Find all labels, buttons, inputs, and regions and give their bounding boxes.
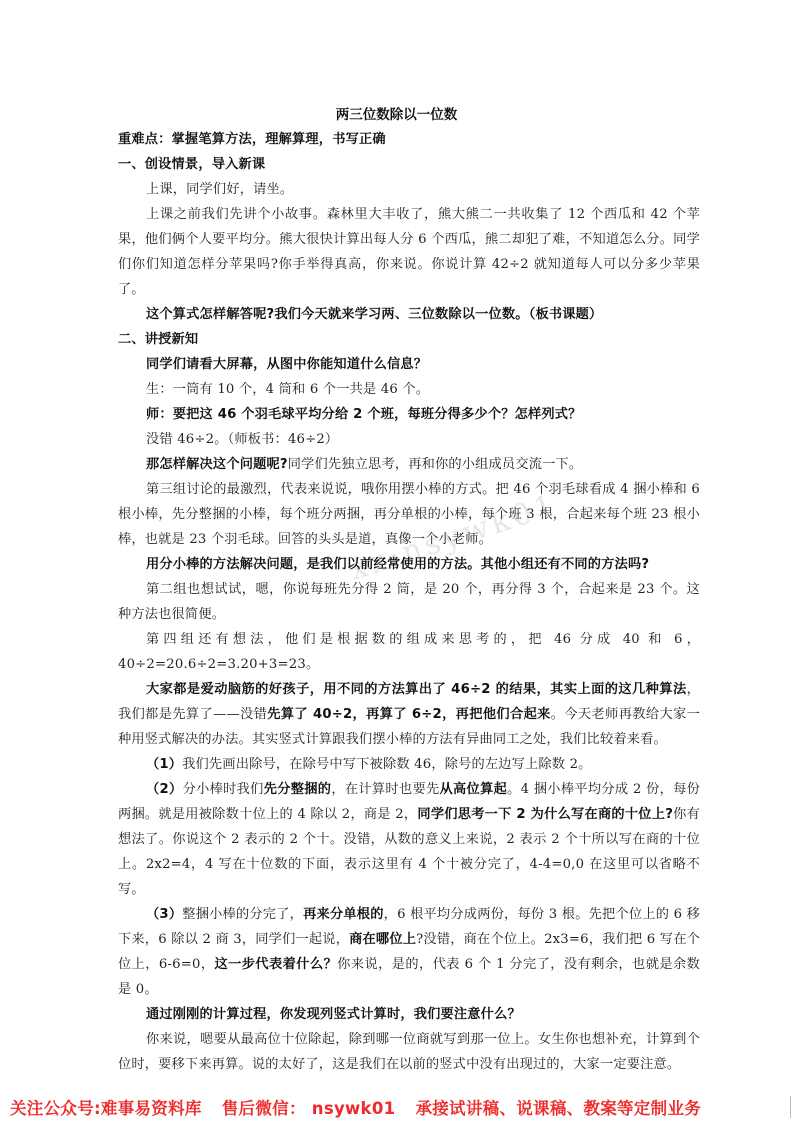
key-points: 重难点：掌握笔算方法，理解算理，书写正确 (118, 127, 700, 152)
section-2-heading: 二、讲授新知 (118, 327, 700, 352)
bold-text: 大家都是爱动脑筋的好孩子，用不同的方法算出了 46÷2 的结果，其实上面的这几种… (146, 682, 687, 697)
footer-after-sales: 售后微信： nsywk01 (222, 1099, 396, 1118)
paragraph: 那怎样解决这个问题呢?同学们先独立思考，再和你的小组成员交流一下。 (118, 452, 700, 477)
teacher-question: 通过刚刚的计算过程，你发现列竖式计算时，我们要注意什么？ (118, 1002, 700, 1027)
paragraph: 第四组还有想法，他们是根据数的组成来思考的，把 46 分成 40 和 6，40÷… (118, 627, 700, 677)
text: 分小棒时我们 (183, 782, 264, 797)
page-edge-divider (790, 1096, 791, 1118)
paragraph: 大家都是爱动脑筋的好孩子，用不同的方法算出了 46÷2 的结果，其实上面的这几种… (118, 677, 700, 752)
step-label: （2） (146, 782, 183, 797)
document-body: 重难点：掌握笔算方法，理解算理，书写正确 一、创设情景，导入新课 上课，同学们好… (118, 127, 700, 1077)
bold-text: 这一步代表着什么？ (214, 957, 337, 972)
bold-text: 从高位算起 (440, 782, 508, 797)
text: 同学们先独立思考，再和你的小组成员交流一下。 (288, 457, 583, 472)
document-title: 两三位数除以一位数 (0, 103, 793, 123)
section-1-heading: 一、创设情景，导入新课 (118, 152, 700, 177)
bold-text: 先算了 40÷2，再算了 6÷2，再把他们合起来 (267, 707, 551, 722)
student-answer: 生：一筒有 10 个，4 筒和 6 个一共是 46 个。 (118, 377, 700, 402)
teacher-question: 师：要把这 46 个羽毛球平均分给 2 个班，每班分得多少个？怎样列式？ (118, 402, 700, 427)
bold-text: 同学们思考一下 2 为什么写在商的十位上? (417, 807, 673, 822)
step-2: （2）分小棒时我们先分整捆的，在计算时也要先从高位算起。4 捆小棒平均分成 2 … (118, 777, 700, 902)
footer-banner: 关注公众号:难事易资料库 售后微信： nsywk01 承接试讲稿、说课稿、教案等… (10, 1095, 785, 1119)
paragraph: 上课之前我们先讲个小故事。森林里大丰收了，熊大熊二一共收集了 12 个西瓜和 4… (118, 202, 700, 302)
paragraph: 你来说，嗯要从最高位十位除起，除到哪一位商就写到那一位上。女生你也想补充，计算到… (118, 1027, 700, 1077)
paragraph: 上课，同学们好，请坐。 (118, 177, 700, 202)
bold-text: 那怎样解决这个问题呢? (146, 457, 288, 472)
step-1: （1）我们先画出除号，在除号中写下被除数 46，除号的左边写上除数 2。 (118, 752, 700, 777)
paragraph: 第二组也想试试，嗯，你说每班先分得 2 筒，是 20 个，再分得 3 个，合起来… (118, 577, 700, 627)
bold-text: 先分整捆的 (264, 782, 332, 797)
footer-public-account: 关注公众号:难事易资料库 (10, 1099, 202, 1118)
step-3: （3）整捆小棒的分完了，再来分单根的，6 根平均分成两份，每份 3 根。先把个位… (118, 902, 700, 1002)
step-label: （1） (146, 757, 182, 772)
text: 我们先画出除号，在除号中写下被除数 46，除号的左边写上除数 2。 (182, 757, 591, 772)
teacher-question: 同学们请看大屏幕，从图中你能知道什么信息？ (118, 352, 700, 377)
paragraph-bold: 这个算式怎样解答呢?我们今天就来学习两、三位数除以一位数。（板书课题） (118, 302, 700, 327)
text: 整捆小棒的分完了， (182, 907, 303, 922)
text: ，在计算时也要先 (331, 782, 439, 797)
paragraph: 没错 46÷2。（师板书：46÷2） (118, 427, 700, 452)
bold-text: 商在哪位上 (349, 932, 416, 947)
step-label: （3） (146, 907, 182, 922)
bold-text: 再来分单根的 (303, 907, 384, 922)
footer-services: 承接试讲稿、说课稿、教案等定制业务 (415, 1099, 701, 1118)
document-page: 两三位数除以一位数 重难点：掌握笔算方法，理解算理，书写正确 一、创设情景，导入… (0, 0, 793, 1122)
